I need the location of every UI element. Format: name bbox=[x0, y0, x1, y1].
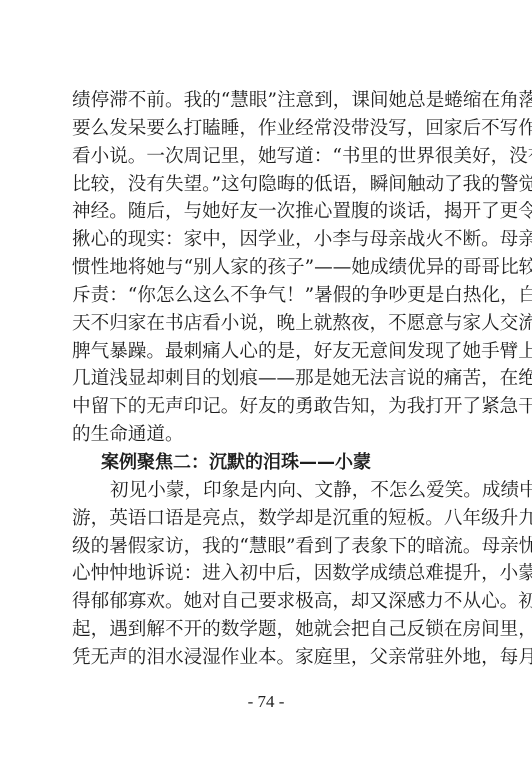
text-line: 初见小蒙，印象是内向、文静，不怎么爱笑。成绩中下 bbox=[72, 477, 464, 505]
text-line: 凭无声的泪水浸湿作业本。家庭里，父亲常驻外地，每月归 bbox=[72, 644, 464, 672]
section-heading: 案例聚焦二：沉默的泪珠——小蒙 bbox=[72, 449, 464, 477]
text-line: 惯性地将她与“别人家的孩子”——她成绩优异的哥哥比较， bbox=[72, 254, 464, 282]
text-line: 要么发呆要么打瞌睡，作业经常没带没写，回家后不写作业 bbox=[72, 115, 464, 143]
text-line: 揪心的现实：家中，因学业，小李与母亲战火不断。母亲习 bbox=[72, 226, 464, 254]
text-line: 级的暑假家访，我的“慧眼”看到了表象下的暗流。母亲忧 bbox=[72, 533, 464, 561]
page-number: - 74 - bbox=[0, 692, 532, 712]
text-line: 脾气暴躁。最刺痛人心的是，好友无意间发现了她手臂上那 bbox=[72, 338, 464, 366]
text-line: 的生命通道。 bbox=[72, 421, 464, 449]
text-line: 游，英语口语是亮点，数学却是沉重的短板。八年级升九年 bbox=[72, 505, 464, 533]
text-line: 看小说。一次周记里，她写道：“书里的世界很美好，没有 bbox=[72, 143, 464, 171]
text-line: 几道浅显却刺目的划痕——那是她无法言说的痛苦，在绝望 bbox=[72, 365, 464, 393]
text-line: 得郁郁寡欢。她对自己要求极高，却又深感力不从心。初二 bbox=[72, 588, 464, 616]
document-body: 绩停滞不前。我的“慧眼”注意到，课间她总是蜷缩在角落， 要么发呆要么打瞌睡，作业… bbox=[72, 87, 464, 672]
text-line: 天不归家在书店看小说，晚上就熬夜，不愿意与家人交流， bbox=[72, 310, 464, 338]
text-line: 绩停滞不前。我的“慧眼”注意到，课间她总是蜷缩在角落， bbox=[72, 87, 464, 115]
text-line: 心忡忡地诉说：进入初中后，因数学成绩总难提升，小蒙变 bbox=[72, 560, 464, 588]
text-line: 中留下的无声印记。好友的勇敢告知，为我打开了紧急干预 bbox=[72, 393, 464, 421]
text-line: 神经。随后，与她好友一次推心置腹的谈话，揭开了更令人 bbox=[72, 198, 464, 226]
text-line: 比较，没有失望。”这句隐晦的低语，瞬间触动了我的警觉 bbox=[72, 171, 464, 199]
text-line: 斥责：“你怎么这么不争气！”暑假的争吵更是白热化，白 bbox=[72, 282, 464, 310]
text-line: 起，遇到解不开的数学题，她就会把自己反锁在房间里，任 bbox=[72, 616, 464, 644]
